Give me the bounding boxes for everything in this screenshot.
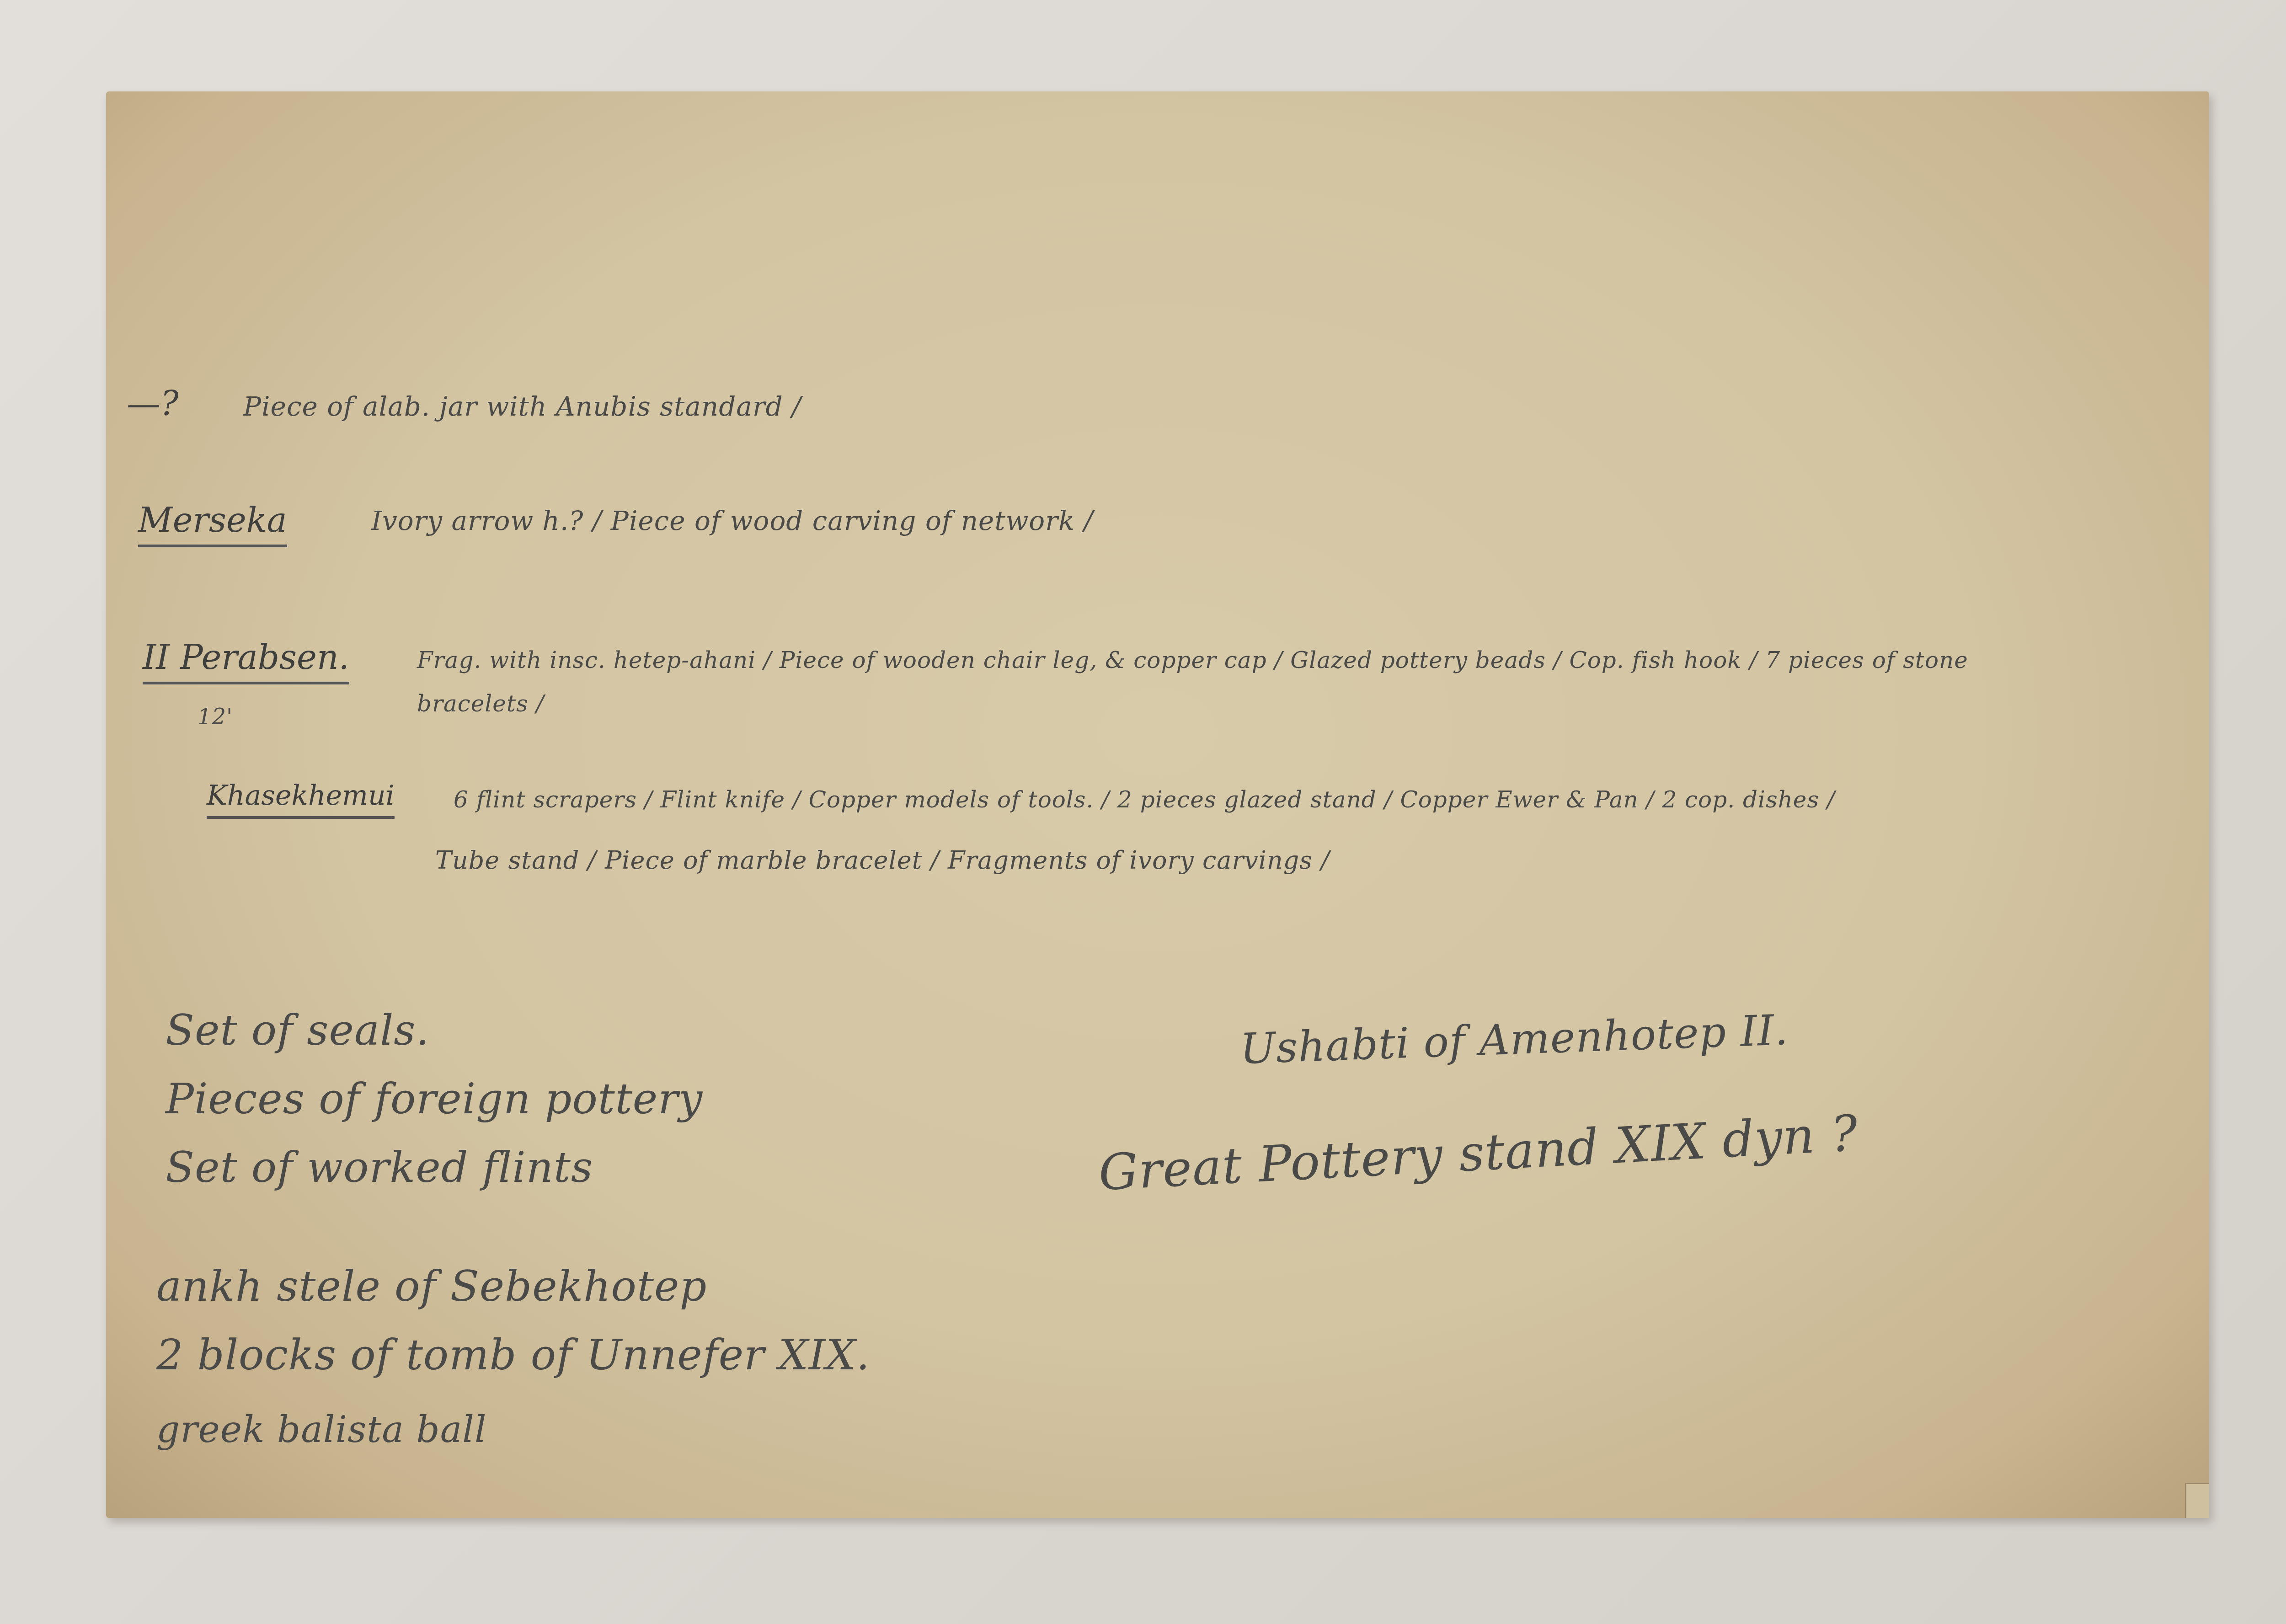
bottom-note-blocks: 2 blocks of tomb of Unnefer XIX. [156, 1330, 870, 1379]
section-heading-perabsen: II Perabsen. [143, 638, 349, 684]
right-note-ushabti: Ushabti of Amenhotep II. [1239, 1005, 1789, 1074]
bottom-note-stele: ankh stele of Sebekhotep [156, 1262, 707, 1311]
left-note-seals: Set of seals. [166, 1006, 430, 1055]
section-items-perabsen-cont: bracelets / [417, 690, 544, 717]
right-note-pottery-stand: Great Pottery stand XIX dyn ? [1097, 1105, 1859, 1202]
section-items-perabsen: Frag. with insc. hetep-ahani / Piece of … [417, 647, 1968, 673]
bottom-note-balista-ball: greek balista ball [156, 1408, 487, 1451]
section-items-merseka: Ivory arrow h.? / Piece of wood carving … [371, 505, 1093, 536]
marginal-note: 12' [198, 704, 233, 730]
section-items-unknown: Piece of alab. jar with Anubis standard … [243, 391, 801, 422]
left-note-foreign-pottery: Pieces of foreign pottery [166, 1074, 703, 1123]
section-items-khasekhemui-cont: Tube stand / Piece of marble bracelet / … [435, 846, 1330, 875]
left-note-worked-flints: Set of worked flints [166, 1143, 593, 1192]
paper-sheet: —? Piece of alab. jar with Anubis standa… [106, 91, 2209, 1518]
section-heading-unknown: —? [127, 384, 179, 423]
section-heading-merseka: Merseka [138, 501, 287, 547]
section-heading-khasekhemui: Khasekhemui [207, 780, 395, 819]
section-items-khasekhemui: 6 flint scrapers / Flint knife / Copper … [454, 786, 1835, 813]
